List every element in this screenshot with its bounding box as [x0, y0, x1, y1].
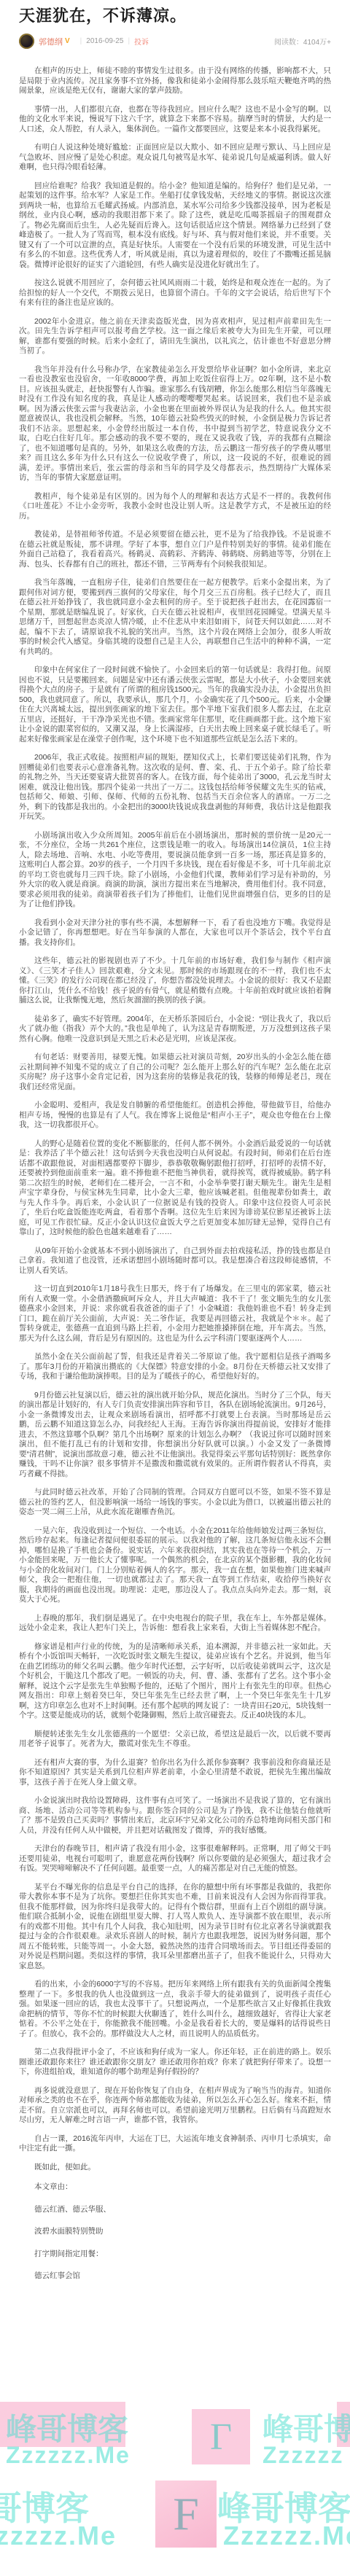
- article-content: 天涯犹在，不诉薄凉。 郭德纲 V | 2016-09-25 | 投诉 阅读数：4…: [0, 6, 350, 2282]
- article-paragraph: 与此同时德云社改革，开始了合同制的管理。合同双方自愿可以不签，如果不签不算是德云…: [19, 1488, 331, 1518]
- article-paragraph: 小金说演出时我给设置障碍，这件事有点可笑了。一场演出不是我说了算的，它有演出商、…: [19, 1796, 331, 1835]
- article-paragraph: 2002年小金进京。他之前在天津卖盗版光盘，因为喜欢相声，见过相声前辈田先生一次…: [19, 317, 331, 356]
- article-paragraph: 小金聪明、爱相声，我是发自肺腑的希望他能红。创造机会捧他，带他做节目，给他办相声…: [19, 1101, 331, 1131]
- article-paragraph: 徒弟多了，确实不好管理。2004年，在天桥乐茶园后台，小金说：“别让我火了，我以…: [19, 1015, 331, 1045]
- meta-divider: |: [80, 37, 82, 45]
- article-paragraph: 事情一出，人们都很亢奋，也都在等待我回应。回应什么呢？这也不是小金写的啊。以他的…: [19, 105, 331, 135]
- report-link[interactable]: 投诉: [134, 36, 149, 47]
- article-paragraph: 本文章由：: [19, 2182, 331, 2193]
- watermark-letter-gamma: Γ: [192, 2409, 250, 2464]
- article-body: 在相声的历史上，师徒不睦的事情发生过很多。由于没有网络的传播，影响都不大，只是局…: [19, 66, 331, 2172]
- article-paragraph: 自占一课，2016流年丙申，大运在丁巳，大运流年地支食神制杀、丙申月七杀填实，命…: [19, 2134, 331, 2154]
- watermark-site-url: Zzzzzz.Me: [223, 2521, 350, 2551]
- read-count-value: 4104万+: [303, 39, 331, 47]
- verified-icon: V: [65, 37, 70, 45]
- article-paragraph: 教相声，每个徒弟是有区别的。因为每个人的理解和表达方式是不一样的。我教何伟《口吐…: [19, 492, 331, 522]
- article-paragraph: 有明白人说这种处境好尴尬：正面回应是以大欺小、如不回应是理亏默认、马上回应是气急…: [19, 143, 331, 173]
- article-paragraph: 一晃六年，我没收到过一个短信、一个电话。小金在2011年给他师娘发过两三条短信，…: [19, 1526, 331, 1605]
- meta-divider: |: [128, 37, 130, 45]
- watermark-site-url: Zzzzzz.Me: [0, 2521, 117, 2551]
- article-paragraph: 打字期间指定用餐：: [19, 2249, 331, 2260]
- watermark-site-name: 峰哥博客: [6, 2405, 128, 2449]
- author-avatar[interactable]: [19, 34, 34, 49]
- article-paragraph: 看的出来，小金的6000字写的不容易。把历年来网络上所有跟我有关的负面新闻全搜集…: [19, 1980, 331, 2039]
- publish-date: 2016-09-25: [86, 37, 123, 45]
- article-paragraph: 波碧水面膜特别赞助: [19, 2227, 331, 2237]
- article-paragraph: 人的野心是随着位置的变化不断膨胀的，任何人都不例外。小金酒后最爱说的一句话就是：…: [19, 1139, 331, 1238]
- read-count-label: 阅读数：: [274, 39, 303, 47]
- article-paragraph: 德云红酒、德云华服、: [19, 2205, 331, 2215]
- watermark-site-name: 峰哥博客: [217, 2482, 350, 2530]
- article-paragraph: 教徒弟，是替祖师爷传道。不是必须要留在德云社，更不是为了给我挣钱。不是说谁不在德…: [19, 530, 331, 569]
- watermark-pink-block: [337, 2402, 350, 2447]
- read-count: 阅读数：4104万+: [274, 36, 331, 47]
- article-paragraph: 还有相声大赛的事，为什么退赛？怕你出名为什么派你参赛啊？我事前没和你商量还是你不…: [19, 1758, 331, 1788]
- article-paragraph: 2006年，我正式收徒。按照相声届的规矩，摆知仪式上，长辈们要送徒弟们礼物，作为…: [19, 753, 331, 822]
- article-paragraph: 我当年落魄，一直租房子住，徒弟们自然要住在一起方便教学。后来小金提出来，为了跟何…: [19, 578, 331, 657]
- article-paragraph: 德云红事会馆: [19, 2271, 331, 2282]
- author-name[interactable]: 郭德纲: [39, 36, 63, 47]
- watermark-site-url: Zzzzzz.Me: [6, 2442, 131, 2469]
- watermark-site-name: 峰哥博客: [262, 2405, 350, 2449]
- watermark-pink-block: [0, 2402, 125, 2447]
- article-paragraph: 这一切直到2010年1月18号我生日那天，终于有了场爆发。在三里屯的郭家菜，德云…: [19, 1284, 331, 1343]
- article-paragraph: 上春晚的那年，我们倒是遇见了。在中央电视台的院子里，我在车上，车外都是媒体。远处…: [19, 1614, 331, 1634]
- article-paragraph: 我当年并没有什么号称办学，在家教徒弟怎么开发票给毕业证啊？如小金所讲，来北京一看…: [19, 365, 331, 483]
- article-paragraph: 9月份德云社复演以后，德云社的演出就开始分队，规范化演出。当时分了三个队，每天的…: [19, 1391, 331, 1480]
- article-paragraph: 第二点我得批评小金了，不应该和狗仔成为一家人。你还年轻，正在前进的路上。娱乐圈谁…: [19, 2048, 331, 2077]
- sponsor-credits: 本文章由：德云红酒、德云华服、波碧水面膜特别赞助打字期间指定用餐：德云红事会馆: [19, 2182, 331, 2282]
- article-paragraph: 天津台的春晚节目，相声请了我没有用小金，这事很难解释吗。正常啊，用了师父干吗还要…: [19, 1844, 331, 1874]
- article-meta: 郭德纲 V | 2016-09-25 | 投诉 阅读数：4104万+: [19, 34, 331, 49]
- article-paragraph: 这些年，德云社的影视剧也弄了不少。十几年前的市场好难，我们参与制作《相声演义》、…: [19, 956, 331, 1006]
- article-page: 天涯犹在，不诉薄凉。 郭德纲 V | 2016-09-25 | 投诉 阅读数：4…: [0, 0, 350, 2576]
- page-title: 天涯犹在，不诉薄凉。: [19, 6, 331, 26]
- article-paragraph: 虽然小金在关公面前起了誓，但我还是背着关二爷原谅了他。我宁愿相信是孩子酒喝多了。…: [19, 1352, 331, 1382]
- article-paragraph: 修家谱是相声行业的传统，为的是清晰师承关系，追本溯源，并非德云社一家如此。天桥有…: [19, 1642, 331, 1721]
- watermark-letter-f: F: [155, 2481, 217, 2548]
- article-paragraph: 小剧场演出收入少众所周知。2005年前后在小剧场演出，那时候的票价统一是20元一…: [19, 831, 331, 910]
- article-paragraph: 印象中在何家住了一段时间就不愉快了。小金回来后的第一句话就是：我得打他。问原因也…: [19, 666, 331, 744]
- article-paragraph: 从09年开始小金就基本不到小剧场演出了，自己到外面去拍戏接私活，挣的钱也都是自己…: [19, 1246, 331, 1276]
- article-paragraph: 顺便转述张先生女儿张德燕的一个愿望：父亲已故，希望这是最后一次，以后就不要再用老…: [19, 1730, 331, 1749]
- article-paragraph: 既如此，便如此。: [19, 2163, 331, 2173]
- article-paragraph: 回应给谁呢？给我？我知道是假的。给小金？他知道是编的。给狗仔？他们是兄弟，一起策…: [19, 182, 331, 270]
- watermark-site-url: Zzzzzz: [262, 2442, 344, 2469]
- article-paragraph: 我看到小金对天津分社的事有些不满，本想解释一下，看了看也没地方下嘴。我觉得是小金…: [19, 918, 331, 948]
- article-paragraph: 有句老话：财要善用，禄要无愧。如果德云社对演员苛刻，20岁出头的小金怎么能在德云…: [19, 1053, 331, 1092]
- article-paragraph: 在相声的历史上，师徒不睦的事情发生过很多。由于没有网络的传播，影响都不大，只是局…: [19, 66, 331, 96]
- article-paragraph: 按这么说就不用回应了，奈何德云社风风雨雨二十载，始终是和观众连在一起的。为了给担…: [19, 278, 331, 308]
- article-paragraph: 再多说就没意思了，现在开始你恢复了自由身，在相声界成为了响当当的海青。知道你对师…: [19, 2086, 331, 2126]
- watermark-site-name: 峰哥博客: [0, 2482, 89, 2530]
- article-paragraph: 某平台不曝光你的信息是平台自己的选择，在你的臆想中所有坏事都是我做的，我把你带大…: [19, 1883, 331, 1972]
